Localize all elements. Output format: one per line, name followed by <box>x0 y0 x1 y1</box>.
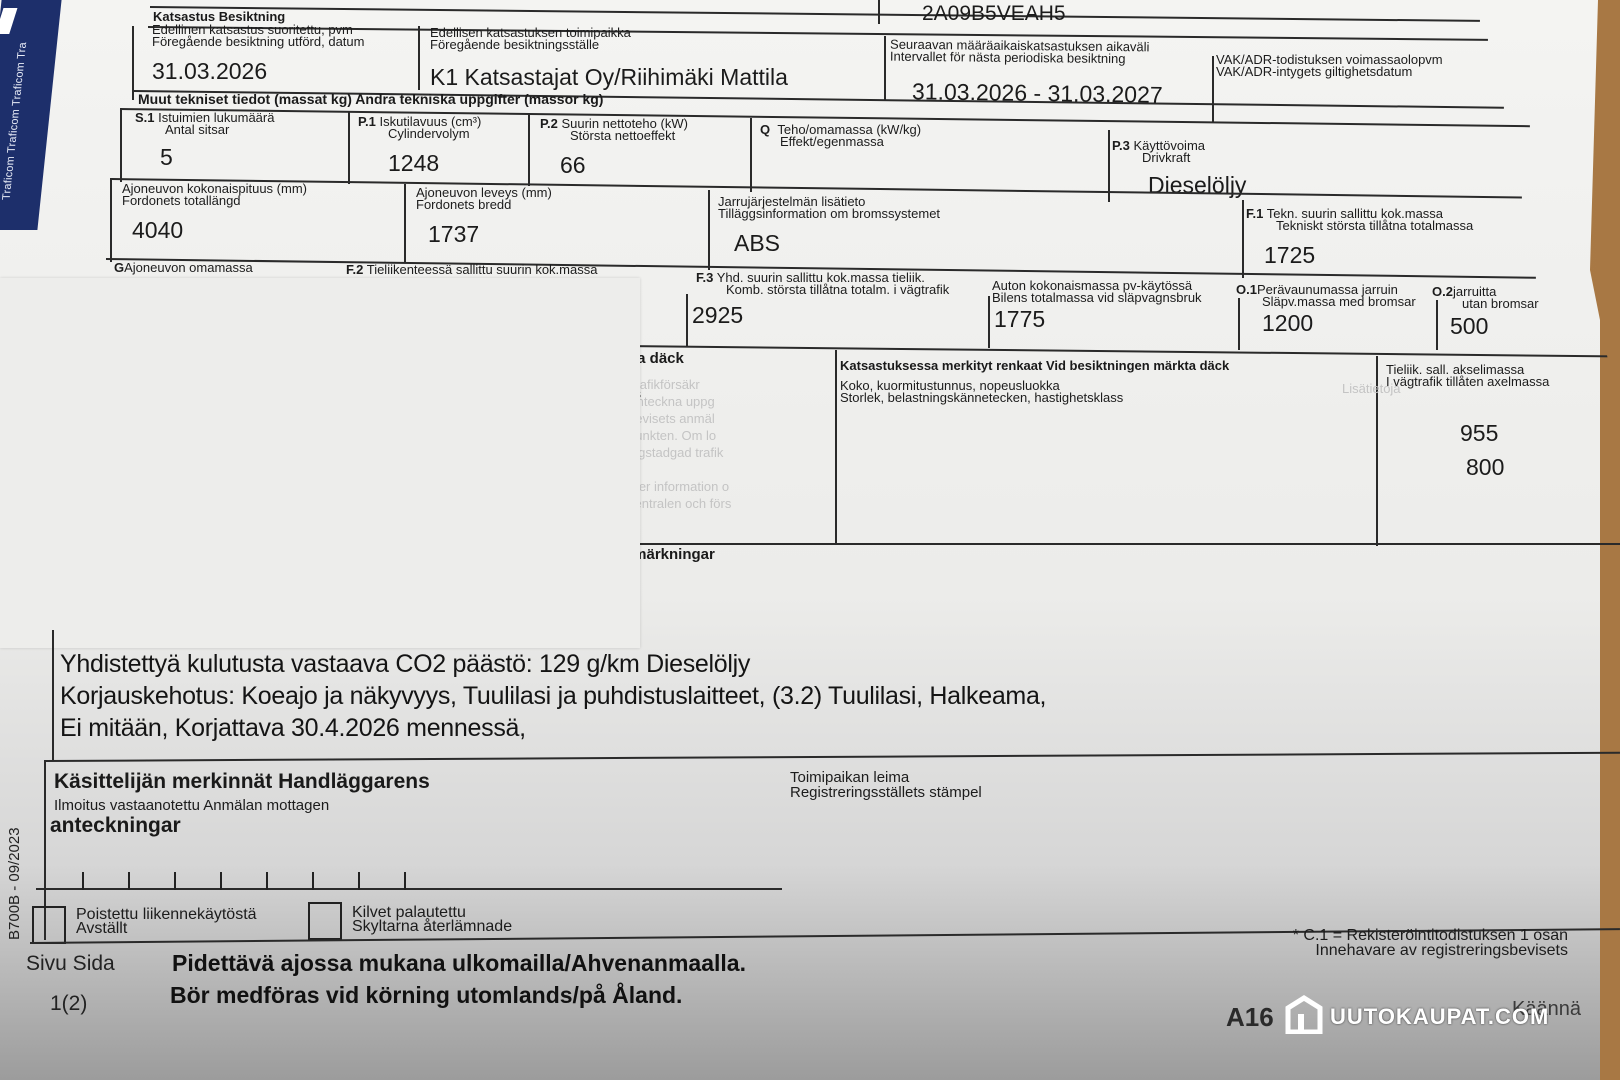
divider <box>132 26 134 100</box>
plates-returned-label: Kilvet palautettuSkyltarna återlämnade <box>352 906 512 934</box>
tick <box>312 872 314 890</box>
tick <box>266 872 268 890</box>
notice-sv: Bör medföras vid körning utomlands/på Ål… <box>170 982 682 1009</box>
trailer-unbraked-value: 500 <box>1450 313 1488 340</box>
trailer-braked-label: O.1Perävaunumassa jarruin Släpv.massa me… <box>1236 284 1416 308</box>
house-logo-icon <box>1284 994 1324 1034</box>
divider <box>528 114 530 186</box>
axle-mass-label: Tieliik. sall. akselimassaI vägtrafik ti… <box>1386 364 1556 388</box>
axle-mass-value-1: 955 <box>1460 420 1498 447</box>
divider <box>878 0 880 24</box>
divider <box>835 350 837 545</box>
trailer-use-mass-label: Auton kokonaismassa pv-käytössäBilens to… <box>992 280 1202 304</box>
brakes-label: Jarrujärjestelmän lisätietoTilläggsinfor… <box>718 196 940 220</box>
divider <box>620 345 1620 357</box>
fuel-value: Dieselöljy <box>1148 172 1246 199</box>
registration-document: Traficom Traficom Traficom Tra 2A09B5VEA… <box>0 0 1600 1080</box>
remark-deadline: Ei mitään, Korjattava 30.4.2026 mennessä… <box>60 712 1046 744</box>
divider <box>110 178 112 262</box>
axle-mass-value-2: 800 <box>1466 454 1504 481</box>
comb-max-mass-label: F.3 Yhd. suurin sallittu kok.massa tieli… <box>696 272 949 296</box>
divider <box>1242 200 1244 278</box>
divider <box>988 296 990 348</box>
divider <box>708 190 710 270</box>
received-label: Ilmoitus vastaanotettu Anmälan mottagen <box>54 800 329 812</box>
tick <box>404 872 406 890</box>
divider <box>52 630 54 760</box>
prev-place-label: Edellisen katsastuksen toimipaikkaFöregå… <box>430 27 631 51</box>
page-label: Sivu Sida <box>26 952 115 976</box>
tick <box>220 872 222 890</box>
prev-inspection-date: 31.03.2026 <box>152 58 267 85</box>
displacement-value: 1248 <box>388 150 439 177</box>
tick <box>128 872 130 890</box>
brakes-value: ABS <box>734 230 780 257</box>
next-interval-label: Seuraavan määräaikaiskatsastuksen aikavä… <box>890 39 1150 66</box>
cover-sheet <box>0 278 640 648</box>
serial-number: A16 <box>1226 1002 1274 1033</box>
power-label: P.2 Suurin nettoteho (kW) Största nettoe… <box>540 118 688 142</box>
handler-title: Käsittelijän merkinnät Handläggarens <box>54 770 430 794</box>
notice-fi: Pidettävä ajossa mukana ulkomailla/Ahven… <box>172 950 746 977</box>
traficom-brand-strip: Traficom Traficom Traficom Tra <box>0 0 63 230</box>
trailer-use-mass-value: 1775 <box>994 306 1045 333</box>
tick <box>82 872 84 890</box>
removed-from-traffic-label: Poistettu liikennekäytöstäAvställt <box>76 908 257 936</box>
tech-max-mass-label: F.1 Tekn. suurin sallittu kok.massa Tekn… <box>1246 208 1473 232</box>
tech-max-mass-value: 1725 <box>1264 242 1315 269</box>
tyres-sub-label: Koko, kuormitustunnus, nopeusluokkaStorl… <box>840 380 1123 404</box>
removed-from-traffic-checkbox[interactable] <box>32 906 66 944</box>
divider <box>46 752 1620 762</box>
length-label: Ajoneuvon kokonaispituus (mm)Fordonets t… <box>122 183 307 207</box>
fuel-label: P.3 Käyttövoima Drivkraft <box>1112 140 1205 164</box>
power-value: 66 <box>560 152 586 179</box>
next-inspection-interval: 31.03.2026 - 31.03.2027 <box>912 78 1163 108</box>
comb-max-mass-value: 2925 <box>692 302 743 329</box>
technical-section-title: Muut tekniset tiedot (massat kg) Andra t… <box>138 91 603 107</box>
divider <box>404 184 406 262</box>
prev-inspection-place: K1 Katsastajat Oy/Riihimäki Mattila <box>430 64 788 91</box>
divider <box>686 294 688 346</box>
stamp-label: Toimipaikan leimaRegistreringsställets s… <box>790 770 982 800</box>
width-label: Ajoneuvon leveys (mm)Fordonets bredd <box>416 187 552 211</box>
prev-date-label: Edellinen katsastus suoritettu, pvmFöreg… <box>152 24 364 48</box>
divider <box>120 108 122 182</box>
divider <box>620 543 1620 545</box>
brand-strip-text: Traficom Traficom Traficom Tra <box>1 42 30 200</box>
own-mass-label: GAjoneuvon omamassa <box>114 262 253 274</box>
trailer-braked-value: 1200 <box>1262 310 1313 337</box>
bleed-through-text: Lisätietoja <box>1342 380 1401 397</box>
divider <box>348 112 350 184</box>
tick <box>174 872 176 890</box>
c1-note: * C.1 = Rekisteröintitodistuksen 1 osanI… <box>1268 928 1568 958</box>
remark-co2: Yhdistettyä kulutusta vastaava CO2 pääst… <box>60 648 1046 680</box>
width-value: 1737 <box>428 221 479 248</box>
road-max-mass-label: F.2 Tieliikenteessä sallittu suurin kok.… <box>346 264 597 276</box>
form-code: B700B - 09/2023 <box>6 827 23 940</box>
divider <box>418 26 420 90</box>
bleed-through-text: TrafikförsäkrAnteckna uppgbevisets anmäl… <box>628 376 828 512</box>
power-mass-label: Q Teho/omamassa (kW/kg) Effekt/egenmassa <box>760 124 921 148</box>
seats-value: 5 <box>160 144 173 171</box>
divider <box>884 36 886 100</box>
document-code: 2A09B5VEAH5 <box>922 2 1066 26</box>
watermark-text: UUTOKAUPAT.COM <box>1330 1004 1549 1030</box>
adr-label: VAK/ADR-todistuksen voimassaolopvmVAK/AD… <box>1216 54 1443 78</box>
divider <box>150 6 1480 22</box>
date-entry-line <box>36 888 782 890</box>
handler-title-cont: anteckningar <box>50 814 181 838</box>
traficom-logo-icon <box>0 8 17 34</box>
trailer-unbraked-label: O.2jarruitta utan bromsar <box>1432 286 1539 310</box>
divider <box>1212 56 1214 122</box>
plates-returned-checkbox[interactable] <box>308 902 342 940</box>
tick <box>358 872 360 890</box>
remark-repair: Korjauskehotus: Koeajo ja näkyvyys, Tuul… <box>60 680 1046 712</box>
length-value: 4040 <box>132 217 183 244</box>
page-number: 1(2) <box>50 992 87 1016</box>
tyres-title: Katsastuksessa merkityt renkaat Vid besi… <box>840 358 1229 373</box>
seats-label: S.1 Istuimien lukumäärä Antal sitsar <box>135 112 274 136</box>
divider <box>750 118 752 192</box>
remarks-text: Yhdistettyä kulutusta vastaava CO2 pääst… <box>60 648 1046 744</box>
displacement-label: P.1 Iskutilavuus (cm³) Cylindervolym <box>358 116 481 140</box>
